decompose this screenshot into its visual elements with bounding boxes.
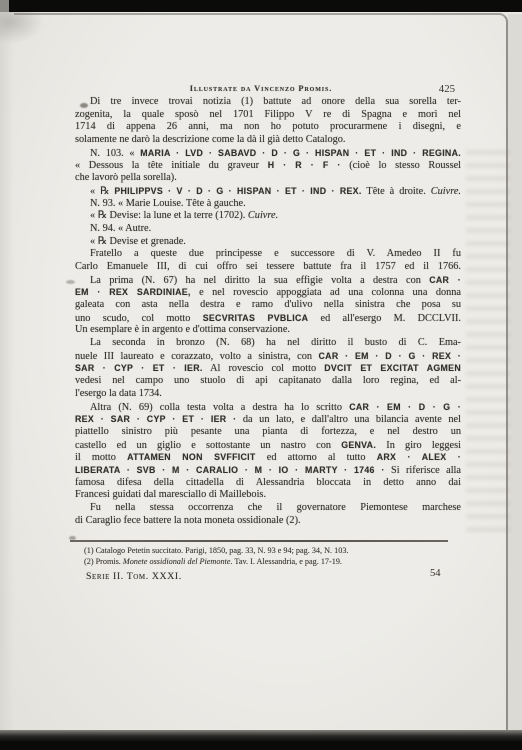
text-segment: Di tre invece trovai notizia (1) battute… bbox=[90, 96, 461, 107]
text-segment: La seconda in bronzo (N. 68) ha nel diri… bbox=[90, 337, 461, 348]
body-line: zogenita, la quale sposò nel 1701 Filipp… bbox=[75, 109, 461, 122]
text-segment: Fu nella stessa occorrenza che il govern… bbox=[90, 502, 461, 513]
reverse-side-bleed-through bbox=[466, 150, 510, 540]
body-line: « ℞ Devise: la lune et la terre (1702). … bbox=[75, 210, 461, 223]
body-line: galeata con asta nella destra e ramo d'u… bbox=[75, 299, 461, 312]
scan-border-top-corner bbox=[0, 0, 9, 12]
series-caption: Serie II. Tom. XXXI. bbox=[86, 571, 182, 582]
body-line: « ℞ PHILIPPVS · V · D · G · HISPAN · ET … bbox=[75, 185, 461, 198]
text-segment: che lavorò pella sorella). bbox=[75, 172, 177, 183]
body-line: « Dessous la tête initiale du graveur H … bbox=[75, 159, 461, 172]
text-segment: castello ed un giglio e sottostante un n… bbox=[75, 440, 341, 451]
text-segment: « ℞ Devise: la lune et la terre (1702). bbox=[90, 210, 248, 221]
ink-speck bbox=[66, 280, 75, 284]
body-line: nuele III laureato e corazzato, volto a … bbox=[75, 350, 461, 363]
inscription-text: EM · REX SARDINIAE, bbox=[75, 287, 191, 297]
inscription-text: SAR · CYP · ET · IER. bbox=[75, 363, 203, 373]
body-line: « ℞ Devise et grenade. bbox=[75, 236, 461, 249]
inscription-text: REX · SAR · CYP · ET · IER · bbox=[75, 414, 236, 424]
running-title: Illustrate da Vincenzo Promis. bbox=[75, 84, 447, 93]
text-segment: ed attorno al tutto bbox=[256, 452, 377, 463]
scanned-book-page: Illustrate da Vincenzo Promis. 425 Di tr… bbox=[0, 0, 522, 750]
text-segment: « ℞ bbox=[90, 186, 114, 197]
text-segment: nuele III laureato e corazzato, volto a … bbox=[75, 351, 319, 362]
footnote-rule bbox=[70, 540, 448, 542]
inscription-text: LIBERATA · SVB · M · CARALIO · M · IO · … bbox=[75, 465, 385, 475]
body-line: il motto ATTAMEN NON SVFFICIT ed attorno… bbox=[75, 451, 461, 464]
body-line: SAR · CYP · ET · IER. Al rovescio col mo… bbox=[75, 362, 461, 375]
inscription-text: SECVRITAS PVBLICA bbox=[203, 313, 309, 323]
text-segment: ed all'esergo M. DCCLVII. bbox=[308, 313, 461, 324]
body-line: Altra (N. 69) colla testa volta a destra… bbox=[75, 401, 461, 414]
text-segment: galeata con asta nella destra e ramo d'u… bbox=[75, 299, 461, 310]
footnotes: (1) Catalogo Petetin succitato. Parigi, … bbox=[84, 545, 456, 567]
body-line: REX · SAR · CYP · ET · IER · da un lato,… bbox=[75, 413, 461, 426]
italic-text: Monete ossidionali del Piemonte. bbox=[123, 557, 233, 566]
text-segment: N. 94. « Autre. bbox=[90, 223, 151, 234]
page-number: 425 bbox=[439, 83, 455, 95]
text-segment: Tav. I. Alessandria, e pag. 17-19. bbox=[233, 557, 342, 566]
text-segment: Carlo Emanuele III, di cui offro sei tes… bbox=[75, 261, 461, 272]
body-line: La prima (N. 67) ha nel diritto la sua e… bbox=[75, 274, 461, 287]
inscription-text: CAR · EM · D · G · REX · bbox=[319, 351, 461, 361]
inscription-text: PHILIPPVS · V · D · G · HISPAN · ET · IN… bbox=[114, 186, 361, 196]
italic-text: Cuivre. bbox=[248, 210, 278, 221]
text-segment: solamente ne darò la descrizione come la… bbox=[75, 134, 345, 145]
text-segment: (2) Promis. bbox=[84, 557, 123, 566]
text-segment: vedesi nel campo uno stuolo di api capit… bbox=[75, 375, 461, 386]
page-footer: Serie II. Tom. XXXI. 54 bbox=[86, 566, 460, 582]
body-line: Carlo Emanuele III, di cui offro sei tes… bbox=[75, 261, 461, 274]
text-segment: il motto bbox=[75, 452, 127, 463]
text-segment: Altra (N. 69) colla testa volta a destra… bbox=[90, 402, 349, 413]
scan-smudge-top-left bbox=[0, 12, 44, 44]
text-segment: piattello sinistro più pesante una piant… bbox=[75, 426, 461, 437]
body-line: l'esergo la data 1734. bbox=[75, 388, 461, 401]
text-segment: famosa difesa della cittadella di Alessa… bbox=[75, 477, 461, 488]
inscription-text: H · R · F · bbox=[268, 160, 341, 170]
text-segment: l'esergo la data 1734. bbox=[75, 388, 162, 399]
body-line: uno scudo, col motto SECVRITAS PVBLICA e… bbox=[75, 312, 461, 325]
text-segment: Un esemplare è in argento e d'ottima con… bbox=[75, 324, 290, 335]
text-segment: uno scudo, col motto bbox=[75, 313, 203, 324]
text-segment: zogenita, la quale sposò nel 1701 Filipp… bbox=[75, 109, 461, 120]
italic-text: Cuivre. bbox=[431, 186, 461, 197]
text-segment: Al rovescio col motto bbox=[203, 363, 325, 374]
body-line: Di tre invece trovai notizia (1) battute… bbox=[75, 96, 461, 109]
inscription-text: CAR · EM · D · G · bbox=[349, 402, 461, 412]
body-line: N. 103. « MARIA · LVD · SABAVD · D · G ·… bbox=[75, 147, 461, 160]
text-segment: Si riferisce alla bbox=[385, 465, 461, 476]
body-line: famosa difesa della cittadella di Alessa… bbox=[75, 477, 461, 490]
inscription-text: ATTAMEN NON SVFFICIT bbox=[127, 452, 255, 462]
body-line: solamente ne darò la descrizione come la… bbox=[75, 134, 461, 147]
body-text: Di tre invece trovai notizia (1) battute… bbox=[75, 96, 461, 527]
text-segment: Francesi guidati dal maresciallo di Mail… bbox=[75, 489, 266, 500]
body-line: castello ed un giglio e sottostante un n… bbox=[75, 439, 461, 452]
body-line: Un esemplare è in argento e d'ottima con… bbox=[75, 324, 461, 337]
body-line: che lavorò pella sorella). bbox=[75, 172, 461, 185]
signature-number: 54 bbox=[430, 568, 441, 579]
text-segment: da un lato, e dall'altro una bilancia av… bbox=[236, 414, 461, 425]
text-segment: N. 93. « Marie Louise. Tête à gauche. bbox=[90, 198, 246, 209]
inscription-text: GENVA. bbox=[341, 440, 376, 450]
inscription-text: MARIA · LVD · SABAVD · D · G · HISPAN · … bbox=[140, 148, 461, 158]
text-segment: Fratello a queste due principesse e succ… bbox=[90, 248, 461, 259]
text-segment: (cioè lo stesso Roussel bbox=[341, 160, 461, 171]
text-segment: e nel rovescio appoggiata ad una colonna… bbox=[191, 287, 461, 298]
left-edge-shading bbox=[0, 12, 14, 732]
body-line: piattello sinistro più pesante una piant… bbox=[75, 426, 461, 439]
body-line: Fratello a queste due principesse e succ… bbox=[75, 248, 461, 261]
text-segment: « Dessous la tête initiale du graveur bbox=[75, 160, 268, 171]
scan-border-top bbox=[0, 0, 522, 12]
body-line: N. 94. « Autre. bbox=[75, 223, 461, 236]
body-line: Francesi guidati dal maresciallo di Mail… bbox=[75, 489, 461, 502]
scan-border-bottom bbox=[0, 730, 522, 750]
body-line: di Caraglio fece battere la nota moneta … bbox=[75, 515, 461, 528]
text-segment: Tête à droite. bbox=[362, 186, 431, 197]
text-segment: « ℞ Devise et grenade. bbox=[90, 236, 186, 247]
body-line: La seconda in bronzo (N. 68) ha nel diri… bbox=[75, 337, 461, 350]
text-segment: N. 103. « bbox=[90, 148, 140, 159]
text-segment: In giro leggesi bbox=[376, 440, 461, 451]
body-line: EM · REX SARDINIAE, e nel rovescio appog… bbox=[75, 286, 461, 299]
body-line: LIBERATA · SVB · M · CARALIO · M · IO · … bbox=[75, 464, 461, 477]
footnote-line: (1) Catalogo Petetin succitato. Parigi, … bbox=[84, 545, 456, 556]
inscription-text: CAR · bbox=[429, 275, 461, 285]
text-segment: di Caraglio fece battere la nota moneta … bbox=[75, 515, 301, 526]
text-segment: 1714 di appena 26 anni, ma non ho potuto… bbox=[75, 121, 461, 132]
body-line: Fu nella stessa occorrenza che il govern… bbox=[75, 502, 461, 515]
page-edge-right-margin bbox=[508, 14, 522, 732]
body-line: 1714 di appena 26 anni, ma non ho potuto… bbox=[75, 121, 461, 134]
body-line: vedesi nel campo uno stuolo di api capit… bbox=[75, 375, 461, 388]
inscription-text: ARX · ALEX · bbox=[377, 452, 461, 462]
text-segment: La prima (N. 67) ha nel diritto la sua e… bbox=[90, 275, 429, 286]
body-line: N. 93. « Marie Louise. Tête à gauche. bbox=[75, 198, 461, 211]
inscription-text: DVCIT ET EXCITAT AGMEN bbox=[324, 363, 461, 373]
text-segment: (1) Catalogo Petetin succitato. Parigi, … bbox=[84, 546, 348, 555]
